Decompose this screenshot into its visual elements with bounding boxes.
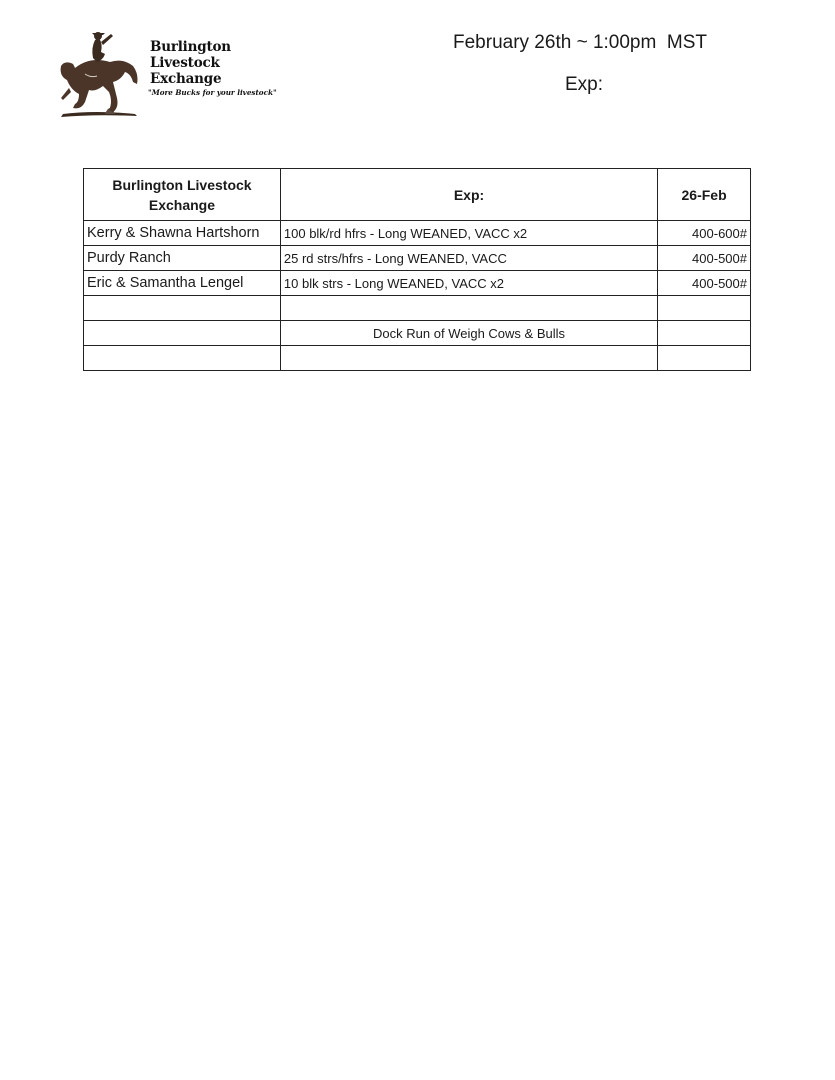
weight-cell [658, 296, 751, 321]
header-exp: Exp: [280, 169, 657, 221]
weight-cell [658, 346, 751, 371]
description-cell: Dock Run of Weigh Cows & Bulls [280, 321, 657, 346]
table-header-row: Burlington Livestock Exchange Exp: 26-Fe… [84, 169, 751, 221]
description-cell: 10 blk strs - Long WEANED, VACC x2 [280, 271, 657, 296]
sale-date-time: February 26th ~ 1:00pm MST [453, 32, 707, 54]
consignment-table: Burlington Livestock Exchange Exp: 26-Fe… [83, 168, 751, 371]
weight-cell [658, 321, 751, 346]
description-cell: 100 blk/rd hfrs - Long WEANED, VACC x2 [280, 221, 657, 246]
logo-tagline: "More Bucks for your livestock" [148, 88, 277, 97]
header-date: 26-Feb [658, 169, 751, 221]
table-row: Eric & Samantha Lengel 10 blk strs - Lon… [84, 271, 751, 296]
weight-cell: 400-600# [658, 221, 751, 246]
table-row [84, 346, 751, 371]
logo-line-1: Burlington [150, 39, 231, 55]
description-cell [280, 296, 657, 321]
consignor-cell [84, 346, 281, 371]
header-consignor: Burlington Livestock Exchange [84, 169, 281, 221]
exp-label: Exp: [565, 74, 603, 96]
table-row [84, 296, 751, 321]
consignor-cell: Purdy Ranch [84, 246, 281, 271]
table-row: Kerry & Shawna Hartshorn 100 blk/rd hfrs… [84, 221, 751, 246]
consignor-cell: Kerry & Shawna Hartshorn [84, 221, 281, 246]
logo-line-3: Exchange [150, 71, 231, 87]
table-row: Purdy Ranch 25 rd strs/hfrs - Long WEANE… [84, 246, 751, 271]
consignor-cell: Eric & Samantha Lengel [84, 271, 281, 296]
company-logo: Burlington Livestock Exchange "More Buck… [55, 28, 305, 123]
description-cell [280, 346, 657, 371]
bucking-bronco-icon [55, 28, 150, 123]
weight-cell: 400-500# [658, 246, 751, 271]
consignor-cell [84, 321, 281, 346]
description-cell: 25 rd strs/hfrs - Long WEANED, VACC [280, 246, 657, 271]
table-row: Dock Run of Weigh Cows & Bulls [84, 321, 751, 346]
logo-wordmark: Burlington Livestock Exchange [150, 39, 231, 87]
logo-line-2: Livestock [150, 55, 231, 71]
weight-cell: 400-500# [658, 271, 751, 296]
consignor-cell [84, 296, 281, 321]
